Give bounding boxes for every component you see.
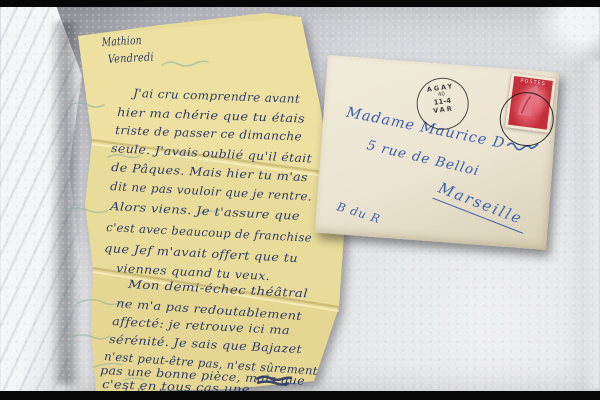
letter-line: Vendredi — [107, 50, 154, 66]
photo-letter-and-envelope: Mathion Vendredi J'ai cru comprendre ava… — [0, 0, 600, 400]
letter-line: Mathion — [101, 33, 142, 49]
black-border-top — [0, 0, 600, 7]
bright-edge-right — [580, 60, 600, 390]
envelope-address-city: Marseille — [432, 178, 531, 234]
envelope-address-department: B du R — [335, 199, 382, 226]
black-border-bottom — [0, 391, 600, 400]
tissue-paper-top-right — [536, 5, 600, 63]
envelope: Madame Maurice D 5 rue de Belloi Marseil… — [315, 55, 560, 250]
handwritten-letter: Mathion Vendredi J'ai cru comprendre ava… — [50, 5, 360, 400]
